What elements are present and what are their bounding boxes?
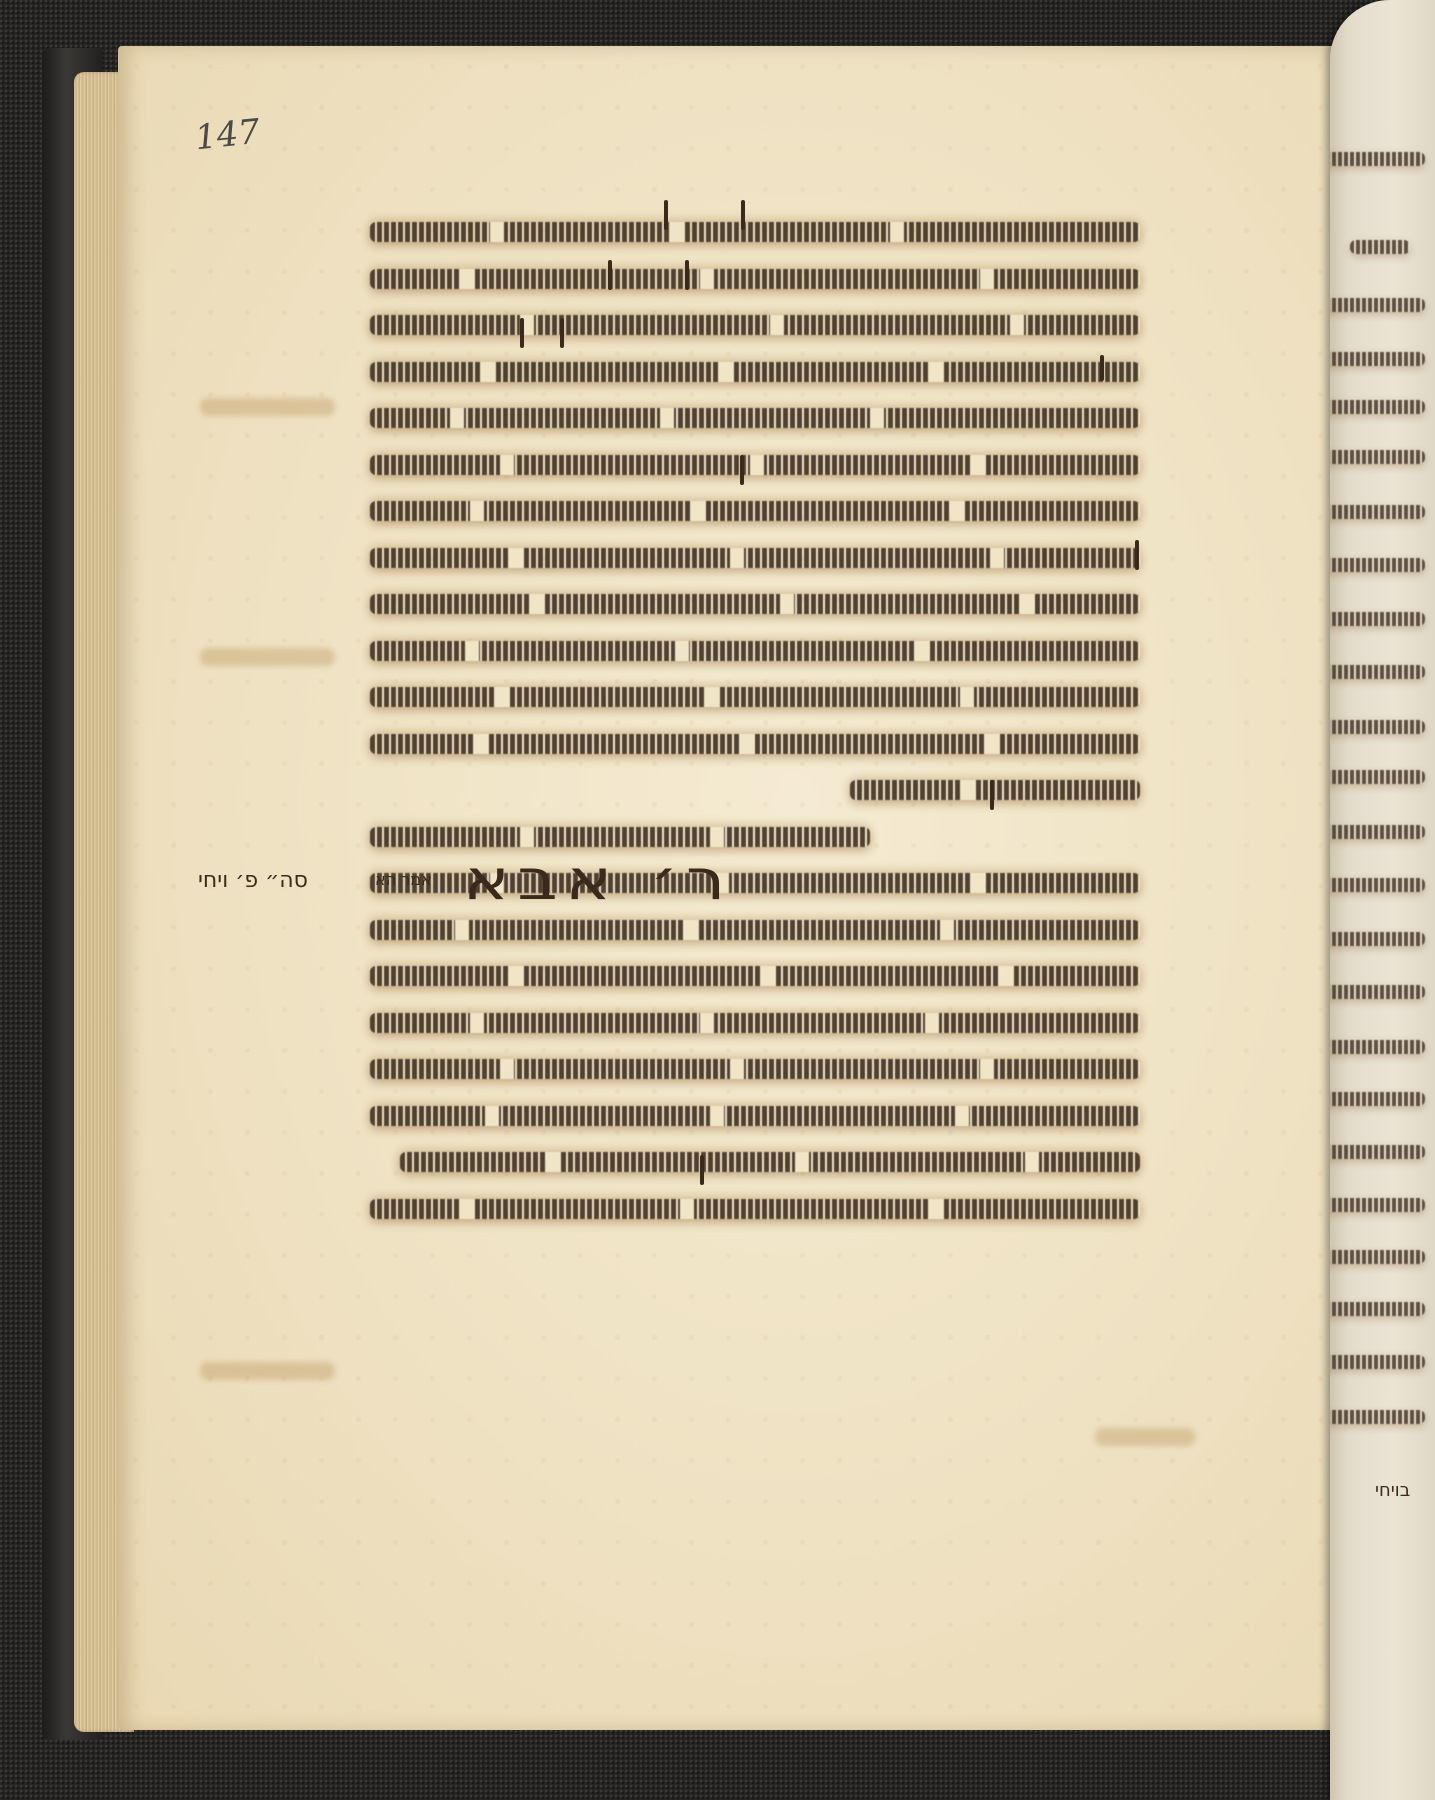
text-line (1330, 1250, 1425, 1264)
ink-ascender (1100, 355, 1104, 381)
text-line (370, 1140, 1140, 1187)
text-line (1330, 932, 1425, 946)
text-line (1330, 558, 1425, 572)
text-line (1330, 825, 1425, 839)
text-line (1330, 1092, 1425, 1106)
text-line (1330, 298, 1425, 312)
text-line (370, 210, 1140, 257)
text-line (370, 629, 1140, 676)
bleed-through-mark (1095, 1428, 1195, 1446)
text-line (370, 582, 1140, 629)
text-line (370, 1047, 1140, 1094)
text-line (1330, 1145, 1425, 1159)
text-line (1330, 985, 1425, 999)
ink-ascender (520, 318, 524, 348)
ink-ascender (1135, 540, 1139, 570)
margin-note: סה״ פ׳ ויחי (198, 868, 308, 893)
text-line (1330, 1198, 1425, 1212)
ink-ascender (990, 780, 994, 810)
text-line (1330, 878, 1425, 892)
text-line (1330, 612, 1425, 626)
text-line (370, 489, 1140, 536)
text-line (370, 257, 1140, 304)
text-line (370, 443, 1140, 490)
text-line (1330, 665, 1425, 679)
ink-ascender (608, 260, 612, 290)
text-line (1330, 505, 1425, 519)
text-line (370, 350, 1140, 397)
ink-ascender (664, 200, 668, 230)
bleed-through-mark (200, 1362, 335, 1380)
text-line (370, 675, 1140, 722)
text-line (1330, 1355, 1425, 1369)
text-line (370, 768, 1140, 815)
text-line (370, 1094, 1140, 1141)
text-line (1330, 152, 1425, 166)
ink-ascender (700, 1155, 704, 1185)
ink-ascender (741, 200, 745, 230)
text-line (1350, 240, 1410, 254)
text-line (1330, 1410, 1425, 1424)
ink-ascender (740, 455, 744, 485)
text-line (1330, 1302, 1425, 1316)
text-line (1330, 1040, 1425, 1054)
bleed-through-mark (200, 398, 335, 416)
text-line (370, 954, 1140, 1001)
text-line (370, 303, 1140, 350)
text-line (1330, 450, 1425, 464)
catchword: בויחי (1375, 1480, 1410, 1501)
text-line (370, 1001, 1140, 1048)
heading-prefix: אמר הא (375, 870, 432, 889)
bleed-through-mark (200, 648, 335, 666)
ink-ascender (685, 260, 689, 290)
ink-ascender (560, 318, 564, 348)
text-line (1330, 352, 1425, 366)
text-line (370, 536, 1140, 583)
text-line (370, 722, 1140, 769)
section-heading: ר׳ אבא (463, 848, 733, 913)
folio-number: 147 (193, 112, 262, 159)
text-line (370, 1187, 1140, 1234)
text-line (370, 908, 1140, 955)
facing-page-edge (1330, 0, 1435, 1800)
text-line (370, 396, 1140, 443)
text-line (1330, 770, 1425, 784)
text-line (1330, 720, 1425, 734)
main-text-block (370, 210, 1140, 1233)
text-line (1330, 400, 1425, 414)
